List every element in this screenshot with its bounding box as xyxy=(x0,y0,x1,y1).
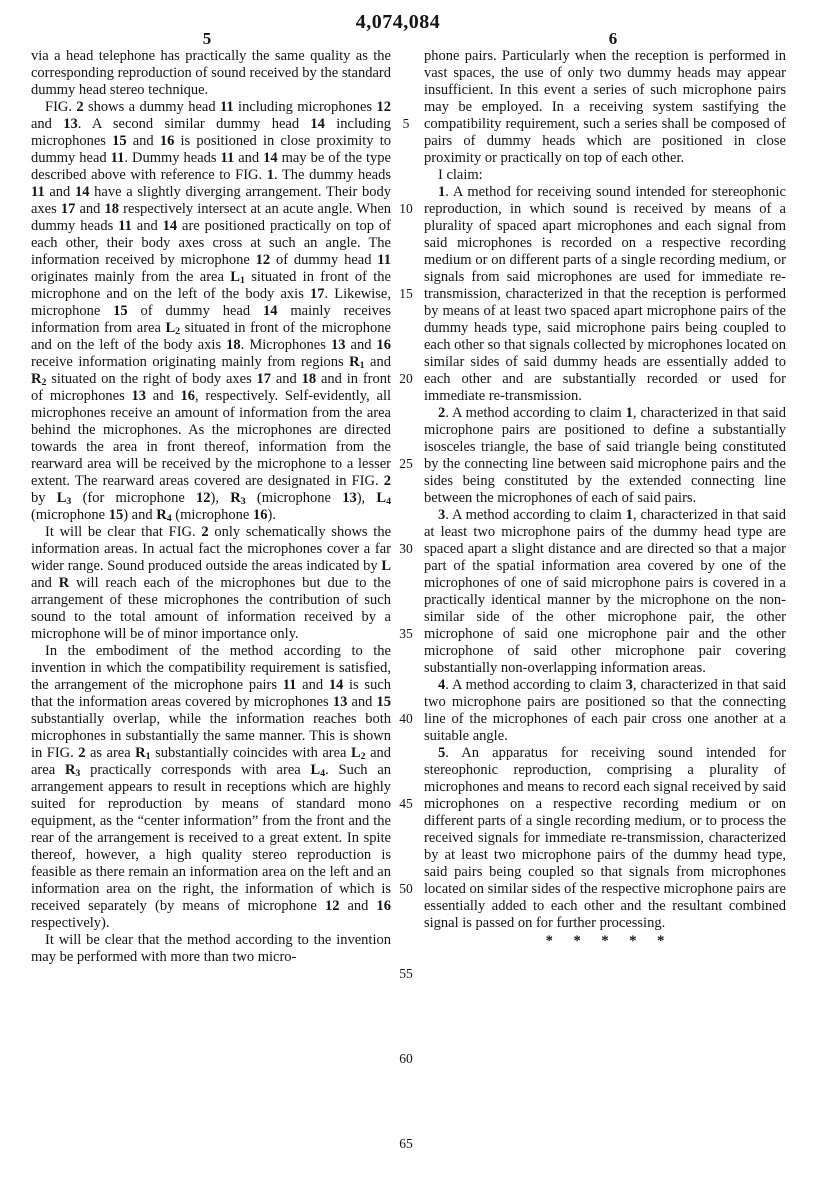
line-number: 30 xyxy=(392,540,420,557)
paragraph-continuation: phone pairs. Particularly when the recep… xyxy=(424,48,786,167)
line-number: 55 xyxy=(392,965,420,982)
line-number: 20 xyxy=(392,370,420,387)
claim-3: 3. A method according to claim 1, charac… xyxy=(424,507,786,677)
claim-2: 2. A method according to claim 1, charac… xyxy=(424,405,786,507)
line-number: 45 xyxy=(392,795,420,812)
paragraph-fig2-description: FIG. 2 shows a dummy head 11 including m… xyxy=(31,99,391,524)
paragraph-information-areas: It will be clear that FIG. 2 only schema… xyxy=(31,524,391,643)
line-number: 60 xyxy=(392,1050,420,1067)
left-column-text: via a head telephone has practically the… xyxy=(31,48,391,966)
line-number: 35 xyxy=(392,625,420,642)
right-column-number: 6 xyxy=(588,29,638,49)
line-number: 10 xyxy=(392,200,420,217)
right-column-text: phone pairs. Particularly when the recep… xyxy=(424,48,786,950)
paragraph-continuation: via a head telephone has practically the… xyxy=(31,48,391,99)
paragraph-more-than-two: It will be clear that the method accordi… xyxy=(31,932,391,966)
line-number: 5 xyxy=(392,115,420,132)
line-number-gutter: 5101520253035404550556065 xyxy=(392,0,420,1192)
paragraph-embodiment: In the embodiment of the method accordin… xyxy=(31,643,391,932)
claims-intro: I claim: xyxy=(424,167,786,184)
line-number: 15 xyxy=(392,285,420,302)
line-number: 25 xyxy=(392,455,420,472)
end-of-claims-marker: * * * * * xyxy=(424,933,786,950)
claim-5: 5. An apparatus for receiving sound inte… xyxy=(424,745,786,932)
line-number: 65 xyxy=(392,1135,420,1152)
line-number: 50 xyxy=(392,880,420,897)
claim-1: 1. A method for receiving sound intended… xyxy=(424,184,786,405)
left-column-number: 5 xyxy=(182,29,232,49)
claim-4: 4. A method according to claim 3, charac… xyxy=(424,677,786,745)
line-number: 40 xyxy=(392,710,420,727)
